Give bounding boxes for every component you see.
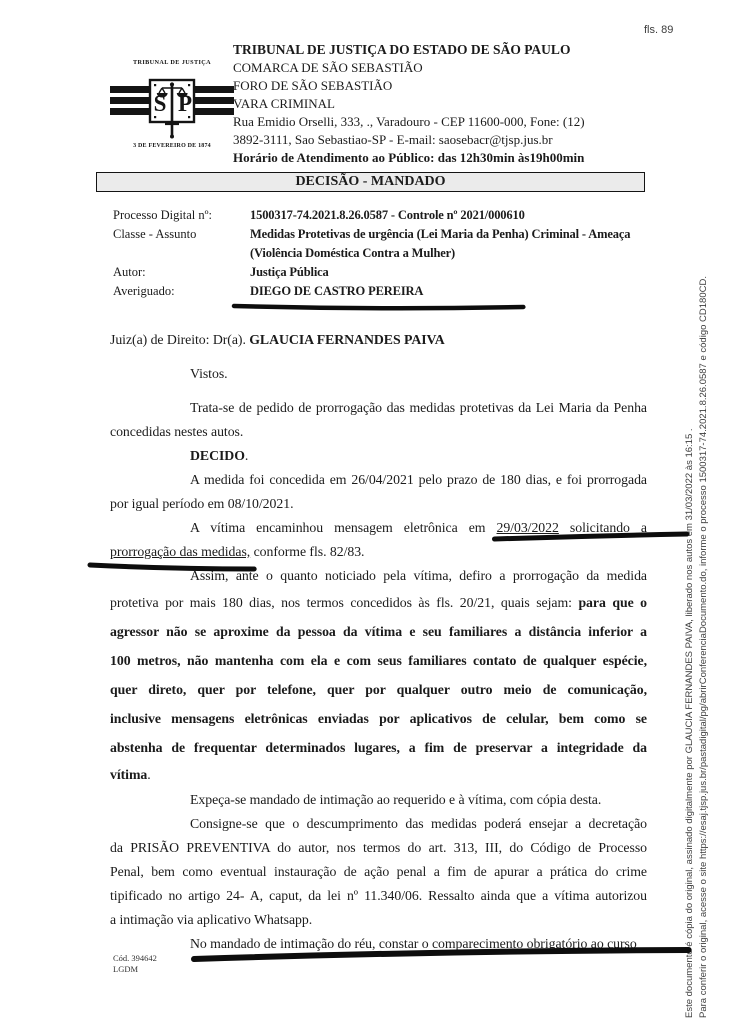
letterhead-line: Rua Emidio Orselli, 333, ., Varadouro - … bbox=[233, 113, 653, 131]
case-info-row: Averiguado:DIEGO DE CASTRO PEREIRA bbox=[113, 282, 645, 301]
case-info-value: DIEGO DE CASTRO PEREIRA bbox=[250, 282, 423, 301]
case-info-label: Averiguado: bbox=[113, 282, 250, 301]
pen-underline bbox=[234, 306, 523, 308]
court-name: TRIBUNAL DE JUSTIÇA DO ESTADO DE SÃO PAU… bbox=[233, 41, 653, 59]
letterhead-line: COMARCA DE SÃO SEBASTIÃO bbox=[233, 59, 653, 77]
body-line: prorrogação das medidas, conforme fls. 8… bbox=[110, 540, 647, 564]
body-line: tipificado no artigo 24- A, caput, da le… bbox=[110, 884, 647, 908]
signature-note-line1: Este documento é cópia do original, assi… bbox=[683, 153, 697, 1018]
case-info-value: Medidas Protetivas de urgência (Lei Mari… bbox=[250, 225, 630, 263]
letterhead-line: 3892-3111, Sao Sebastiao-SP - E-mail: sa… bbox=[233, 131, 653, 149]
body-line: da PRISÃO PREVENTIVA do autor, nos termo… bbox=[110, 836, 647, 860]
signature-note-line2: Para conferir o original, acesse o site … bbox=[697, 153, 711, 1018]
body-line: concedidas nestes autos. bbox=[110, 420, 647, 444]
tjsp-logo: TRIBUNAL DE JUSTIÇA S P 3 DE FEVEREIR bbox=[109, 55, 235, 149]
case-info-label: Classe - Assunto bbox=[113, 225, 250, 263]
case-info-row: Classe - AssuntoMedidas Protetivas de ur… bbox=[113, 225, 645, 263]
case-info-label: Processo Digital nº: bbox=[113, 206, 250, 225]
body-line: Vistos. bbox=[110, 362, 647, 386]
case-info-value: 1500317-74.2021.8.26.0587 - Controle nº … bbox=[250, 206, 525, 225]
body-line: Consigne-se que o descumprimento das med… bbox=[110, 812, 647, 836]
decision-body: Juiz(a) de Direito: Dr(a). GLAUCIA FERNA… bbox=[110, 328, 647, 956]
body-line: 100 metros, não mantenha com ela e com s… bbox=[110, 646, 647, 675]
letterhead-line: FORO DE SÃO SEBASTIÃO bbox=[233, 77, 653, 95]
body-line: inclusive mensagens eletrônicas enviadas… bbox=[110, 704, 647, 733]
body-line: abstenha de frequentar determinados luga… bbox=[110, 733, 647, 762]
body-line: protetiva por mais 180 dias, nos termos … bbox=[110, 588, 647, 617]
document-title-bar: DECISÃO - MANDADO bbox=[96, 172, 645, 192]
body-line: Juiz(a) de Direito: Dr(a). GLAUCIA FERNA… bbox=[110, 328, 647, 352]
body-line: A medida foi concedida em 26/04/2021 pel… bbox=[110, 468, 647, 492]
body-line: quer direto, quer por telefone, quer por… bbox=[110, 675, 647, 704]
scanned-court-document: fls. 89 TRIBUNAL DE JUSTIÇA S P bbox=[0, 0, 731, 1024]
letterhead-lines: COMARCA DE SÃO SEBASTIÃOFORO DE SÃO SEBA… bbox=[233, 59, 653, 149]
body-line: No mandado de intimação do réu, constar … bbox=[110, 932, 647, 956]
digital-signature-note: Este documento é cópia do original, assi… bbox=[683, 153, 710, 1018]
letterhead: TRIBUNAL DE JUSTIÇA DO ESTADO DE SÃO PAU… bbox=[233, 41, 653, 167]
body-line: por igual período em 08/10/2021. bbox=[110, 492, 647, 516]
body-line: a intimação via aplicativo Whatsapp. bbox=[110, 908, 647, 932]
body-line: vítima. bbox=[110, 762, 647, 788]
clerk-initials: LGDM bbox=[113, 964, 157, 975]
body-line: agressor não se aproxime da pessoa da ví… bbox=[110, 617, 647, 646]
logo-top-text: TRIBUNAL DE JUSTIÇA bbox=[133, 59, 211, 66]
body-line: A vítima encaminhou mensagem eletrônica … bbox=[110, 516, 647, 540]
body-line: Trata-se de pedido de prorrogação das me… bbox=[110, 396, 647, 420]
logo-bottom-text: 3 DE FEVEREIRO DE 1874 bbox=[133, 143, 211, 149]
letterhead-line: VARA CRIMINAL bbox=[233, 95, 653, 113]
case-info: Processo Digital nº:1500317-74.2021.8.26… bbox=[113, 206, 645, 301]
body-line: Penal, bem como eventual instauração de … bbox=[110, 860, 647, 884]
body-line: Assim, ante o quanto noticiado pela víti… bbox=[110, 564, 647, 588]
case-info-value: Justiça Pública bbox=[250, 263, 329, 282]
case-info-label: Autor: bbox=[113, 263, 250, 282]
footer-codes: Cód. 394642 LGDM bbox=[113, 953, 157, 974]
case-info-row: Autor:Justiça Pública bbox=[113, 263, 645, 282]
form-code: Cód. 394642 bbox=[113, 953, 157, 964]
case-info-row: Processo Digital nº:1500317-74.2021.8.26… bbox=[113, 206, 645, 225]
body-line: DECIDO. bbox=[110, 444, 647, 468]
service-hours: Horário de Atendimento ao Público: das 1… bbox=[233, 149, 653, 167]
body-line: Expeça-se mandado de intimação ao requer… bbox=[110, 788, 647, 812]
folio-number: fls. 89 bbox=[644, 24, 673, 36]
